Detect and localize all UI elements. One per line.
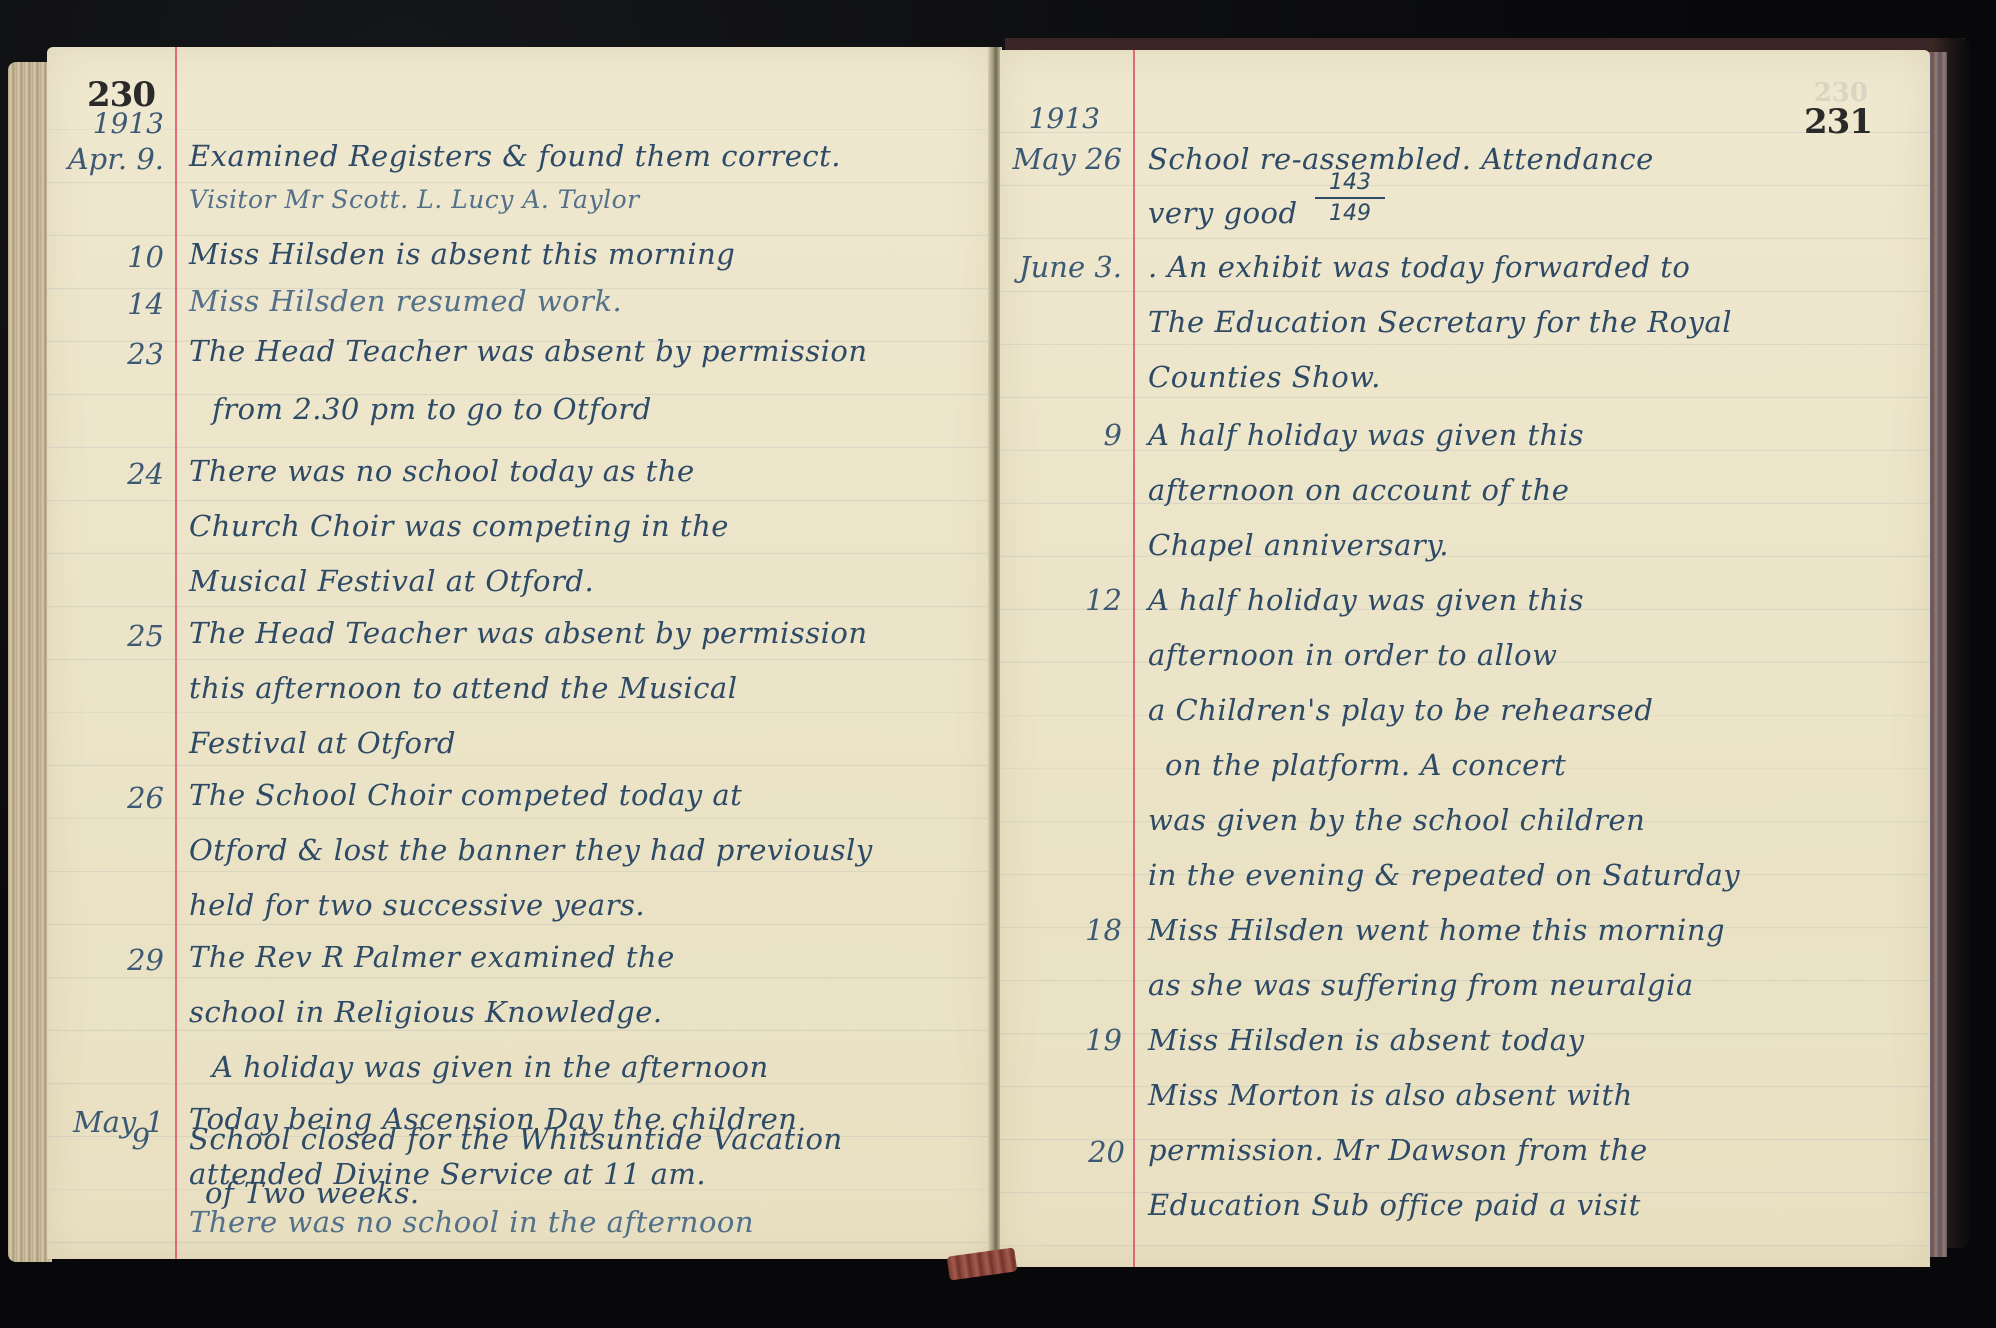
entry-line: There was no school in the afternoon (189, 1205, 754, 1239)
entry-date: 9 (1104, 418, 1122, 452)
entry-line: afternoon in order to allow (1148, 638, 1557, 672)
entry-date: 25 (127, 619, 164, 653)
entry-line: Miss Hilsden resumed work. (189, 284, 622, 318)
entry-line: afternoon on account of the (1148, 473, 1569, 507)
entry-line: a Children's play to be rehearsed (1148, 693, 1653, 727)
entry-date: 18 (1085, 913, 1122, 947)
entry-date: 10 (127, 240, 164, 274)
margin-rule (1133, 50, 1135, 1267)
entry-line: Chapel anniversary. (1148, 528, 1449, 562)
entry-line: There was no school today as the (189, 454, 695, 488)
entry-date: 9 (0, 1122, 150, 1156)
entry-line: was given by the school children (1148, 803, 1645, 837)
entry-line: Examined Registers & found them correct. (189, 139, 841, 173)
entry-line: on the platform. A concert (1165, 748, 1566, 782)
entry-line: very good (1148, 196, 1298, 230)
entry-line: The Head Teacher was absent by permissio… (189, 616, 868, 650)
entry-line: A half holiday was given this (1148, 418, 1584, 452)
entry-line: Miss Morton is also absent with (1148, 1078, 1633, 1112)
year: 1913 (1029, 102, 1100, 135)
entry-line: school in Religious Knowledge. (189, 995, 663, 1029)
page-number: 231 (1804, 102, 1872, 142)
right-page: 230 231 1913 May 26 School re-assembled.… (1000, 50, 1930, 1267)
entry-date: 19 (1085, 1023, 1122, 1057)
entry-line: The Rev R Palmer examined the (189, 940, 675, 974)
entry-date: Apr. 9. (68, 142, 164, 176)
entry-line: this afternoon to attend the Musical (189, 671, 738, 705)
entry-line: from 2.30 pm to go to Otford (212, 392, 652, 426)
entry-line: Education Sub office paid a visit (1148, 1188, 1641, 1222)
entry-line: Miss Hilsden is absent this morning (189, 237, 735, 271)
entry-line: of Two weeks. (205, 1176, 420, 1210)
entry-line: Miss Hilsden is absent today (1148, 1023, 1584, 1057)
entry-line: Miss Hilsden went home this morning (1148, 913, 1725, 947)
entry-date: 24 (127, 457, 164, 491)
entry-line: A half holiday was given this (1148, 583, 1584, 617)
entry-line: Otford & lost the banner they had previo… (189, 833, 873, 867)
entry-line: Festival at Otford (189, 726, 456, 760)
margin-rule (175, 47, 177, 1259)
entry-line: The Head Teacher was absent by permissio… (189, 334, 868, 368)
fraction-numerator: 143 (1315, 170, 1385, 199)
entry-line: School re-assembled. Attendance (1148, 142, 1654, 176)
entry-line: Church Choir was competing in the (189, 509, 729, 543)
entry-line: Musical Festival at Otford. (189, 564, 594, 598)
entry-line: held for two successive years. (189, 888, 645, 922)
entry-line: The Education Secretary for the Royal (1148, 305, 1732, 339)
entry-line: as she was suffering from neuralgia (1148, 968, 1694, 1002)
entry-date: 26 (127, 781, 164, 815)
entry-date: 14 (127, 287, 164, 321)
entry-date: 12 (1085, 583, 1122, 617)
entry-line: School closed for the Whitsuntide Vacati… (189, 1122, 843, 1156)
entry-line: Counties Show. (1148, 360, 1381, 394)
page-stack-left (8, 62, 52, 1262)
entry-date: 29 (127, 943, 164, 977)
left-page: 230 1913 Apr. 9. Examined Registers & fo… (47, 47, 992, 1259)
entry-date: June 3. (1019, 250, 1122, 284)
fraction-denominator: 149 (1315, 199, 1385, 226)
year: 1913 (93, 107, 164, 140)
entry-date: 23 (127, 337, 164, 371)
entry-line: The School Choir competed today at (189, 778, 742, 812)
entry-line: A holiday was given in the afternoon (212, 1050, 769, 1084)
attendance-fraction: 143 149 (1315, 170, 1385, 226)
entry-line: in the evening & repeated on Saturday (1148, 858, 1740, 892)
entry-date: 20 (1000, 1135, 1125, 1169)
entry-line: . An exhibit was today forwarded to (1148, 250, 1690, 284)
entry-line: permission. Mr Dawson from the (1148, 1133, 1648, 1167)
entry-date: May 26 (1013, 142, 1123, 176)
entry-line: Visitor Mr Scott. L. Lucy A. Taylor (189, 185, 640, 214)
